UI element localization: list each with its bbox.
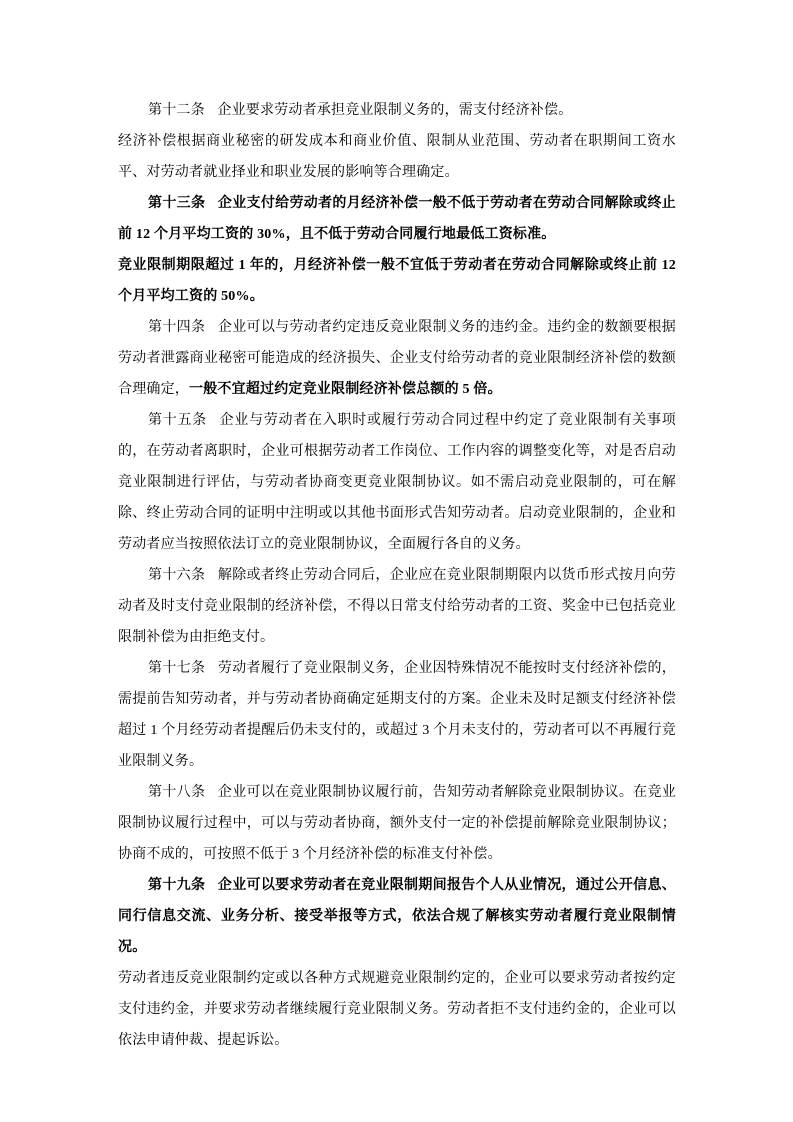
text-run: 一般不宜超过约定竞业限制经济补偿总额的 5 倍。	[189, 382, 502, 397]
text-run: 劳动者履行了竞业限制义务，企业因特殊情况不能按时支付经济补偿的，需提前告知劳动者…	[118, 661, 676, 769]
paragraph: 劳动者违反竞业限制约定或以各种方式规避竞业限制约定的，企业可以要求劳动者按约定支…	[118, 963, 676, 1056]
article-number: 第十六条	[148, 568, 205, 583]
paragraph: 第十二条企业要求劳动者承担竞业限制义务的，需支付经济补偿。	[118, 95, 676, 126]
text-run: 经济补偿根据商业秘密的研发成本和商业价值、限制从业范围、劳动者在职期间工资水平、…	[118, 134, 676, 180]
article-number: 第十九条	[148, 878, 205, 893]
document-body: 第十二条企业要求劳动者承担竞业限制义务的，需支付经济补偿。经济补偿根据商业秘密的…	[118, 95, 676, 1056]
paragraph: 第十七条劳动者履行了竞业限制义务，企业因特殊情况不能按时支付经济补偿的，需提前告…	[118, 653, 676, 777]
paragraph: 第十九条企业可以要求劳动者在竞业限制期间报告个人从业情况，通过公开信息、同行信息…	[118, 870, 676, 963]
paragraph: 第十六条解除或者终止劳动合同后，企业应在竞业限制期限内以货币形式按月向劳动者及时…	[118, 560, 676, 653]
document-page: 第十二条企业要求劳动者承担竞业限制义务的，需支付经济补偿。经济补偿根据商业秘密的…	[0, 0, 793, 1122]
paragraph: 第十五条企业与劳动者在入职时或履行劳动合同过程中约定了竞业限制有关事项的，在劳动…	[118, 405, 676, 560]
article-number: 第十四条	[148, 320, 205, 335]
text-run: 企业与劳动者在入职时或履行劳动合同过程中约定了竞业限制有关事项的，在劳动者离职时…	[118, 413, 676, 552]
text-run: 竞业限制期限超过 1 年的，月经济补偿一般不宜低于劳动者在劳动合同解除或终止前 …	[118, 258, 676, 304]
article-number: 第十七条	[148, 661, 205, 676]
paragraph: 第十三条企业支付给劳动者的月经济补偿一般不低于劳动者在劳动合同解除或终止前 12…	[118, 188, 676, 250]
paragraph: 经济补偿根据商业秘密的研发成本和商业价值、限制从业范围、劳动者在职期间工资水平、…	[118, 126, 676, 188]
article-number: 第十八条	[148, 785, 205, 800]
paragraph: 竞业限制期限超过 1 年的，月经济补偿一般不宜低于劳动者在劳动合同解除或终止前 …	[118, 250, 676, 312]
text-run: 劳动者违反竞业限制约定或以各种方式规避竞业限制约定的，企业可以要求劳动者按约定支…	[118, 971, 676, 1048]
article-number: 第十三条	[148, 196, 205, 211]
article-number: 第十二条	[148, 103, 205, 118]
text-run: 企业要求劳动者承担竞业限制义务的，需支付经济补偿。	[217, 103, 572, 118]
article-number: 第十五条	[148, 413, 207, 428]
paragraph: 第十四条企业可以与劳动者约定违反竞业限制义务的违约金。违约金的数额要根据劳动者泄…	[118, 312, 676, 405]
paragraph: 第十八条企业可以在竞业限制协议履行前，告知劳动者解除竞业限制协议。在竞业限制协议…	[118, 777, 676, 870]
